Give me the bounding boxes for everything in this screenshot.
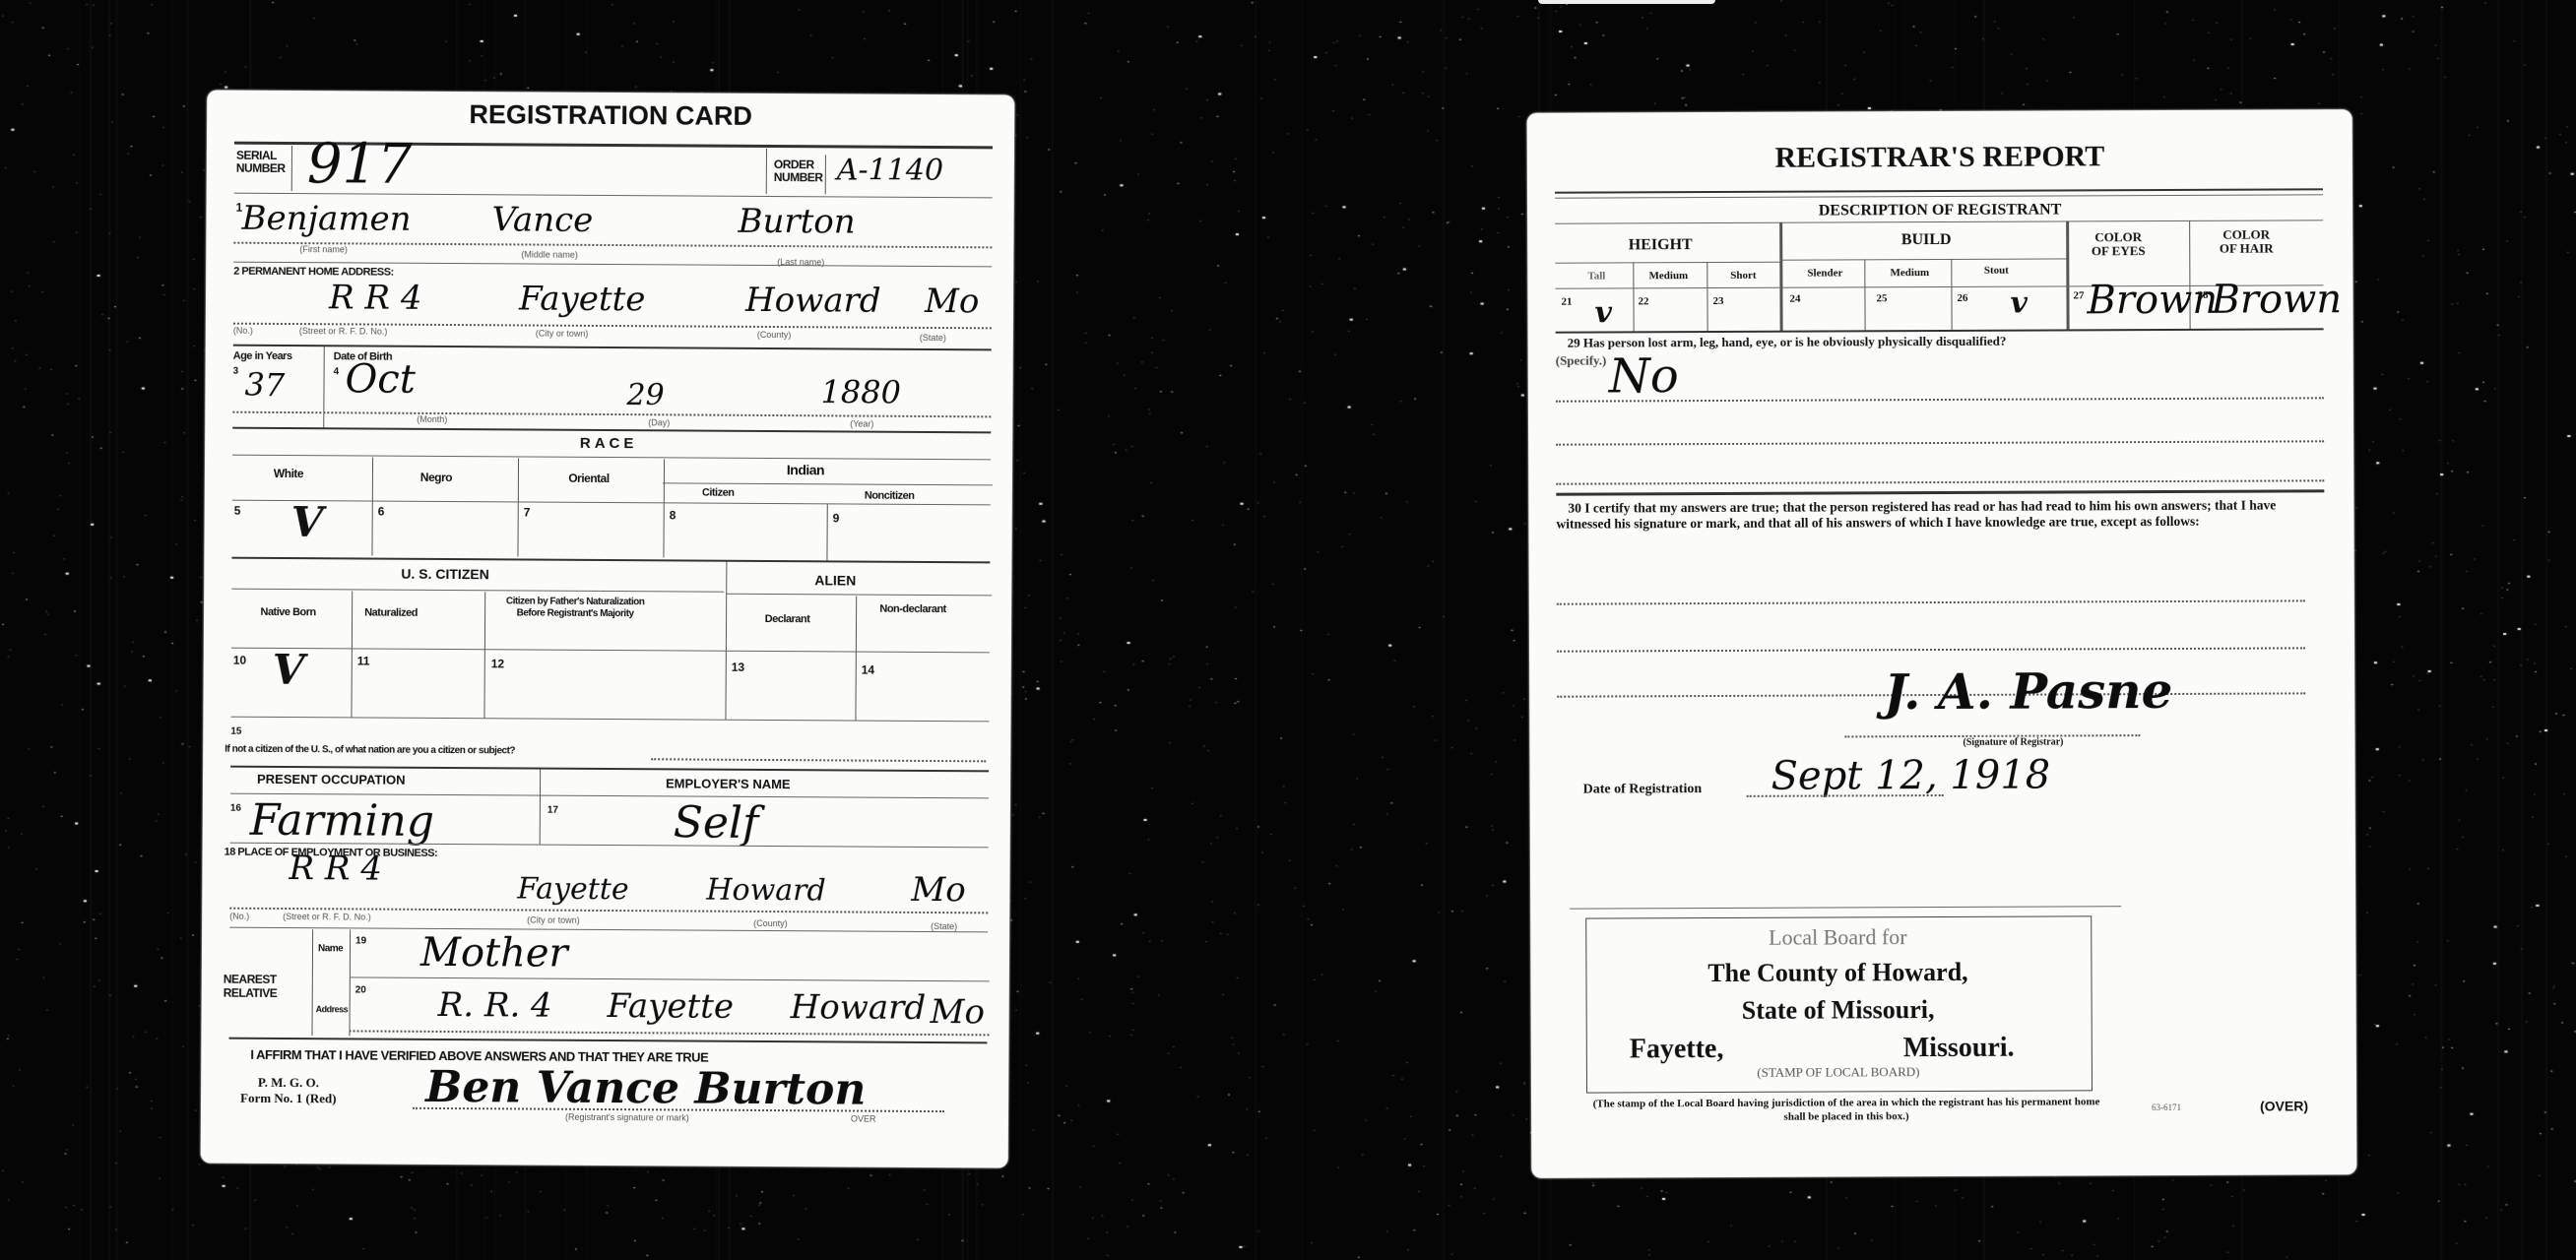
divider xyxy=(1556,479,2324,484)
divider xyxy=(231,557,990,564)
divider xyxy=(231,648,990,654)
field-number: 8 xyxy=(670,508,676,522)
field-number: 25 xyxy=(1876,292,1887,304)
relative-city-value: Fayette xyxy=(608,986,735,1027)
field-number: 15 xyxy=(230,726,241,737)
divider xyxy=(1864,259,1865,330)
relative-county-value: Howard xyxy=(791,987,927,1028)
divider xyxy=(231,589,724,593)
divider xyxy=(232,427,991,434)
relative-name-value: Mother xyxy=(420,930,568,976)
alien-col-nondeclarant: Non-declarant xyxy=(869,602,957,617)
caption: (County) xyxy=(753,918,788,928)
divider xyxy=(349,929,351,1036)
divider xyxy=(2066,220,2069,329)
divider xyxy=(1555,194,2323,198)
caption: (Street or R. F. D. No.) xyxy=(283,912,371,922)
divider xyxy=(540,770,541,845)
field-number: 17 xyxy=(547,805,558,816)
registration-card: REGISTRATION CARD SERIALNUMBER 917 ORDER… xyxy=(201,91,1015,1168)
caption: (Month) xyxy=(417,414,447,424)
race-white-checkmark: V xyxy=(291,498,324,546)
home-address-label: 2 PERMANENT HOME ADDRESS: xyxy=(233,266,394,279)
date-of-registration-label: Date of Registration xyxy=(1583,782,1703,798)
divider xyxy=(371,458,373,556)
first-name-value: Benjamen xyxy=(241,199,411,239)
field-number: 27 xyxy=(2073,289,2084,301)
divider xyxy=(725,562,727,720)
stamp-line-4-left: Fayette, xyxy=(1630,1034,1724,1065)
divider xyxy=(517,458,519,556)
dob-day-value: 29 xyxy=(626,378,664,412)
divider xyxy=(230,766,989,773)
q29-answer: No xyxy=(1609,348,1679,404)
registrar-signature: J. A. Pasne xyxy=(1884,661,2172,721)
caption: (Registrant's signature or mark) xyxy=(565,1112,689,1123)
date-of-registration-value: Sept 12, 1918 xyxy=(1771,753,2050,799)
place-county-value: Howard xyxy=(706,873,826,909)
field-number: 9 xyxy=(833,511,840,525)
caption: (First name) xyxy=(299,244,348,254)
caption: (County) xyxy=(757,330,792,340)
over-label: (OVER) xyxy=(2260,1098,2308,1113)
field-number: 19 xyxy=(355,935,366,946)
nearest-relative-label: NEARESTRELATIVE xyxy=(224,973,278,1000)
divider xyxy=(291,146,292,191)
relative-address-label: Address xyxy=(316,1004,349,1014)
divider xyxy=(233,345,992,351)
divider xyxy=(663,459,665,557)
divider xyxy=(726,594,992,597)
divider xyxy=(825,155,826,194)
divider xyxy=(1557,647,2305,652)
divider xyxy=(229,927,988,933)
occupation-value: Farming xyxy=(250,795,434,847)
occupation-label: PRESENT OCCUPATION xyxy=(257,772,406,787)
hair-color-label: COLOROF HAIR xyxy=(2207,227,2286,255)
build-col-medium: Medium xyxy=(1870,267,1949,279)
divider xyxy=(1556,328,2324,333)
divider xyxy=(1779,258,2066,260)
description-title: DESCRIPTION OF REGISTRANT xyxy=(1527,200,2352,221)
build-col-stout: Stout xyxy=(1957,265,2035,277)
field-number: 26 xyxy=(1957,292,1967,304)
serial-number-value: 917 xyxy=(307,132,413,197)
citizen-col-naturalized: Naturalized xyxy=(352,606,430,618)
field-number: 7 xyxy=(524,505,531,519)
divider xyxy=(855,597,857,721)
stamp-line-1: Local Board for xyxy=(1585,923,2090,951)
middle-name-value: Vance xyxy=(491,200,593,240)
citizen-col-fathers: Citizen by Father's Naturalization Befor… xyxy=(491,596,659,620)
order-label: ORDERNUMBER xyxy=(774,158,823,184)
field-number: 12 xyxy=(491,657,504,670)
divider xyxy=(351,591,353,717)
field-number: 11 xyxy=(357,654,370,667)
alien-col-declarant: Declarant xyxy=(741,613,834,626)
place-city-value: Fayette xyxy=(517,871,628,907)
order-number-value: A-1140 xyxy=(837,153,943,188)
employer-label: EMPLOYER'S NAME xyxy=(666,776,791,791)
field-number: 23 xyxy=(1712,295,1723,307)
divider xyxy=(1555,188,2323,193)
registrars-report-card: REGISTRAR'S REPORT DESCRIPTION OF REGIST… xyxy=(1527,109,2357,1178)
field-number: 16 xyxy=(230,803,241,814)
divider xyxy=(1570,906,2121,909)
divider xyxy=(349,1030,989,1036)
caption: (No.) xyxy=(233,326,253,336)
card-title: REGISTRATION CARD xyxy=(207,98,1014,134)
eye-color-value: Brown xyxy=(2087,278,2218,324)
field-number: 4 xyxy=(334,366,340,377)
field-number: 6 xyxy=(378,505,385,519)
stamp-note: (The stamp of the Local Board having jur… xyxy=(1590,1095,2102,1124)
stamp-caption: (STAMP OF LOCAL BOARD) xyxy=(1586,1063,2091,1081)
home-rfd-value: R R 4 xyxy=(329,278,422,318)
divider xyxy=(232,411,991,418)
divider xyxy=(1555,262,1779,264)
divider xyxy=(1556,440,2324,445)
height-col-tall: Tall xyxy=(1567,270,1626,282)
home-city-value: Fayette xyxy=(519,279,646,319)
field-number: 13 xyxy=(732,661,744,674)
divider xyxy=(230,717,989,723)
citizen-col-native: Native Born xyxy=(241,606,335,619)
us-citizen-title: U. S. CITIZEN xyxy=(401,566,489,583)
race-title: RACE xyxy=(205,432,1012,454)
field-number: 21 xyxy=(1561,296,1572,308)
divider xyxy=(232,455,991,461)
caption: OVER xyxy=(851,1114,876,1124)
relative-name-label: Name xyxy=(318,943,343,954)
divider xyxy=(350,976,990,981)
home-county-value: Howard xyxy=(745,281,881,321)
divider xyxy=(766,149,767,194)
race-col-indian: Indian xyxy=(737,462,874,478)
race-col-indian-citizen: Citizen xyxy=(702,487,735,499)
caption: (Signature of Registrar) xyxy=(1963,736,2063,747)
q30-certification: 30 I certify that my answers are true; t… xyxy=(1556,497,2314,532)
build-label: BUILD xyxy=(1862,231,1990,250)
form-code: 63-6171 xyxy=(2152,1102,2181,1112)
caption: (Middle name) xyxy=(521,249,578,259)
report-title: REGISTRAR'S REPORT xyxy=(1527,139,2352,176)
height-tall-checkmark: v xyxy=(1594,295,1612,330)
relative-rfd-value: R. R. 4 xyxy=(438,985,552,1026)
race-col-negro: Negro xyxy=(397,471,476,484)
divider xyxy=(1779,222,1782,331)
caption: (State) xyxy=(931,921,957,931)
relative-state-value: Mo xyxy=(931,992,986,1032)
height-col-short: Short xyxy=(1708,270,1777,282)
divider xyxy=(663,482,993,485)
age-label: Age in Years xyxy=(233,350,292,362)
caption: (Street or R. F. D. No.) xyxy=(299,326,388,337)
field-15-question: If not a citizen of the U. S., of what n… xyxy=(225,744,515,757)
form-identifier: P. M. G. O.Form No. 1 (Red) xyxy=(240,1075,337,1107)
native-born-checkmark: V xyxy=(273,646,305,694)
eye-color-label: COLOROF EYES xyxy=(2079,230,2157,258)
caption: (City or town) xyxy=(527,915,580,925)
caption: (Day) xyxy=(648,417,670,427)
stamp-line-2: The County of Howard, xyxy=(1585,957,2090,988)
dob-year-value: 1880 xyxy=(820,373,901,410)
race-col-indian-noncitizen: Noncitizen xyxy=(865,490,915,502)
divider xyxy=(1951,259,1952,330)
height-col-medium: Medium xyxy=(1634,270,1703,282)
field-number: 22 xyxy=(1638,295,1648,307)
caption: (State) xyxy=(920,333,946,343)
divider xyxy=(826,503,827,560)
field-number: 5 xyxy=(234,504,241,518)
q29-specify: (Specify.) xyxy=(1556,352,1607,368)
place-state-value: Mo xyxy=(911,870,966,910)
height-label: HEIGHT xyxy=(1596,236,1724,255)
divider xyxy=(228,1038,987,1044)
serial-label: SERIALNUMBER xyxy=(236,150,286,175)
field-number: 20 xyxy=(355,984,366,995)
stamp-line-4-right: Missouri. xyxy=(1903,1033,2015,1064)
divider xyxy=(1557,599,2305,604)
caption: (No.) xyxy=(229,912,249,921)
build-col-slender: Slender xyxy=(1785,267,1864,279)
race-col-oriental: Oriental xyxy=(540,472,638,486)
place-rfd-value: R R 4 xyxy=(289,849,382,889)
divider xyxy=(483,592,485,718)
adjacent-frame-edge xyxy=(1538,0,1715,4)
last-name-value: Burton xyxy=(738,202,855,242)
field-number: 24 xyxy=(1789,293,1800,305)
dob-month-value: Oct xyxy=(345,356,416,402)
field-number: 14 xyxy=(862,663,874,677)
divider xyxy=(323,346,325,427)
hair-color-value: Brown xyxy=(2211,277,2342,323)
field-number: 3 xyxy=(233,366,239,377)
build-stout-checkmark: v xyxy=(2010,286,2028,321)
divider xyxy=(1556,489,2324,495)
home-state-value: Mo xyxy=(925,282,980,321)
race-col-white: White xyxy=(249,467,328,480)
caption: (Year) xyxy=(850,419,873,429)
employer-value: Self xyxy=(674,797,759,849)
stamp-line-3: State of Missouri, xyxy=(1586,994,2091,1026)
field-number: 10 xyxy=(233,654,246,667)
caption: (City or town) xyxy=(536,329,589,339)
alien-title: ALIEN xyxy=(814,572,856,588)
divider xyxy=(651,758,986,762)
age-value: 37 xyxy=(244,366,285,404)
divider xyxy=(311,929,313,1036)
